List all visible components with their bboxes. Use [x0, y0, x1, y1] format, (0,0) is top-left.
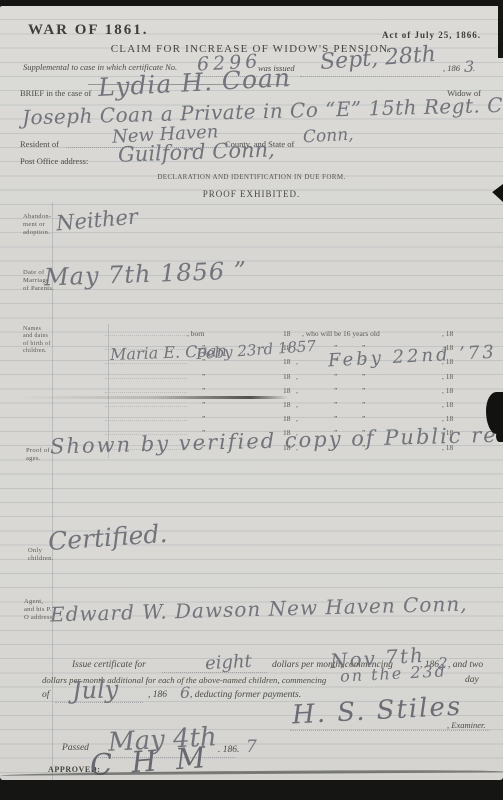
amount-blank-line — [162, 672, 267, 673]
amount-handwriting: eight — [204, 651, 252, 674]
examiner-blank-line — [290, 730, 490, 731]
month-handwriting: July — [72, 675, 119, 705]
month-blank-line — [55, 702, 143, 703]
act-label: Act of July 25, 1866. — [382, 30, 481, 40]
born-year-prefix: 18 — [283, 355, 296, 369]
ditto-mark: ” — [362, 384, 365, 398]
ditto-mark: ” — [334, 370, 362, 384]
scan-edge-strip — [498, 0, 503, 58]
abandonment-label: Abandon- ment or adoption. — [23, 213, 51, 237]
ditto-mark: ” — [334, 398, 362, 412]
children-label: Names and dates of birth of children. — [23, 326, 51, 356]
scan-background: { "colors":{"background":"#151514","pape… — [0, 0, 503, 800]
po-address-label: Post Office address: — [20, 156, 88, 166]
state-handwriting: Conn, — [303, 125, 355, 148]
torn-edge-spot-right — [486, 392, 503, 434]
children-row: ” 18 , ”” , 18 — [105, 367, 485, 381]
issue-line3c-label: , deducting former payments. — [190, 690, 301, 700]
sixteen-year-prefix: , 18 — [442, 398, 482, 412]
examiner-label: , Examiner. — [447, 720, 485, 730]
children-row: ” 18 , ”” , 18 — [105, 409, 485, 423]
sixteen-year-prefix: , 18 — [442, 370, 482, 384]
po-address-handwriting: Guilford Conn, — [118, 137, 275, 166]
ditto-mark: ” — [187, 370, 283, 384]
ditto-mark: ” — [362, 412, 365, 426]
examiner-signature-handwriting: H. S. Stiles — [291, 692, 463, 731]
ditto-mark: ” — [362, 398, 365, 412]
children-row-first: , born 18 , who will be 16 years old , 1… — [105, 324, 485, 338]
children-row: ” 18 , ”” , 18 — [105, 381, 485, 395]
sixteen-year-prefix: , 18 — [442, 384, 482, 398]
agent-value-handwriting: Edward W. Dawson New Haven Conn, — [50, 592, 468, 627]
passed-label: Passed — [62, 743, 89, 753]
ditto-mark: ” — [187, 412, 283, 426]
ink-smudge — [18, 396, 288, 399]
ditto-mark: ” — [334, 384, 362, 398]
issued-year-prefix: , 186 — [443, 63, 460, 73]
passed-year-handwriting: 7 — [246, 737, 257, 757]
only-children-value-handwriting: Certified. — [47, 519, 168, 556]
day-label: day — [465, 675, 479, 685]
issue-line1d-label: , and two — [448, 660, 483, 670]
sixteen-years-label: , who will be 16 years old — [302, 327, 442, 341]
soldier-line-handwriting: Joseph Coan a Private in Co “E” 15th Reg… — [22, 91, 503, 130]
passed-year-prefix: . 186. — [218, 745, 239, 755]
marriage-date-handwriting: May 7th 1856 ” — [44, 256, 248, 291]
born-year-prefix: 18 — [283, 412, 296, 426]
ditto-mark: ” — [187, 398, 283, 412]
born-year-prefix: 18 — [283, 398, 296, 412]
issue-line3b-label: , 186 — [148, 690, 167, 700]
child-name-blank — [105, 409, 187, 421]
issued-year-period: . — [473, 63, 475, 73]
war-title: WAR OF 1861. — [28, 22, 149, 39]
torn-edge-spot-right-small — [496, 430, 503, 442]
brief-label: BRIEF in the case of — [20, 88, 91, 98]
child-name-blank — [105, 367, 187, 379]
proof-of-ages-label: Proof of ages. — [26, 447, 50, 463]
abandonment-value-handwriting: Neither — [55, 204, 139, 235]
issue-line3a-label: of — [42, 690, 49, 700]
ditto-mark: ” — [362, 370, 365, 384]
born-year-prefix: 18 — [283, 370, 296, 384]
child-name-blank — [105, 381, 187, 393]
ditto-mark: ” — [334, 412, 362, 426]
issued-date-blank-line — [300, 76, 440, 77]
proof-exhibited-line: PROOF EXHIBITED. — [0, 189, 503, 199]
declaration-line: DECLARATION AND IDENTIFICATION IN DUE FO… — [0, 173, 503, 181]
sixteen-year-prefix: , 18 — [442, 327, 482, 341]
document-paper: WAR OF 1861. Act of July 25, 1866. CLAIM… — [0, 6, 503, 780]
issue-line1-label: Issue certificate for — [72, 660, 146, 670]
resident-label: Resident of — [20, 139, 59, 149]
issue-year2-handwriting: 6 — [180, 683, 190, 702]
child-name-blank — [105, 324, 187, 336]
